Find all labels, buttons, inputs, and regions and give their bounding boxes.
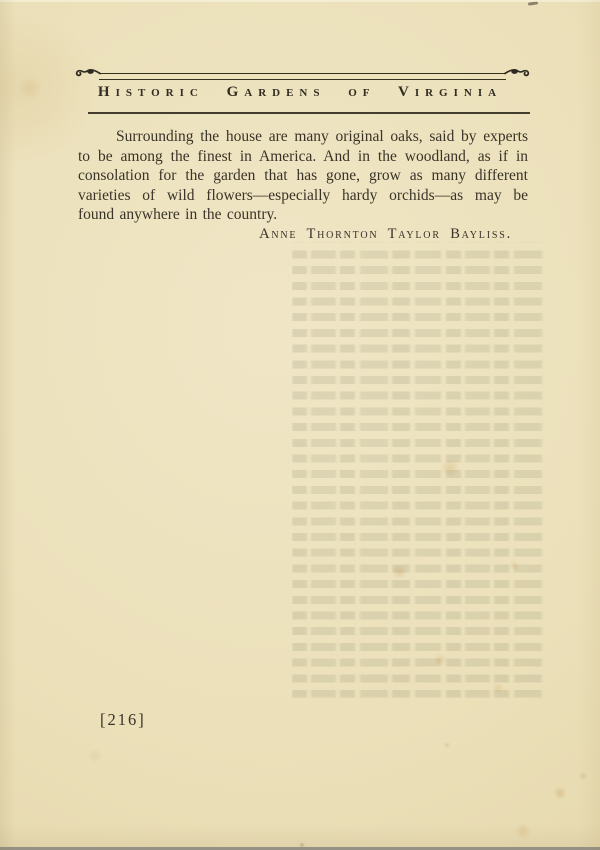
- paragraph-line: varieties of wild flowers—especially har…: [78, 186, 528, 206]
- page-number: [216]: [100, 710, 146, 730]
- running-head-title: Historic Gardens of Virginia: [0, 84, 600, 101]
- page-top-edge: [0, 0, 600, 2]
- book-page: Historic Gardens of Virginia Surrounding…: [0, 0, 600, 850]
- scroll-flourish-left-icon: [75, 67, 101, 85]
- paragraph-line: Surrounding the house are many original …: [78, 127, 528, 147]
- double-rule: [99, 73, 506, 80]
- header-ornamental-rule: [75, 69, 530, 83]
- title-divider-rule: [88, 112, 530, 114]
- paragraph-line: found anywhere in the country.: [78, 205, 528, 225]
- bleed-through-text: [292, 242, 545, 698]
- paragraph-line: to be among the finest in America. And i…: [78, 147, 528, 167]
- scroll-flourish-right-icon: [504, 67, 530, 85]
- author-attribution: Anne Thornton Taylor Bayliss.: [78, 226, 528, 243]
- paragraph-line: consolation for the garden that has gone…: [78, 166, 528, 186]
- body-paragraph: Surrounding the house are many original …: [78, 127, 528, 225]
